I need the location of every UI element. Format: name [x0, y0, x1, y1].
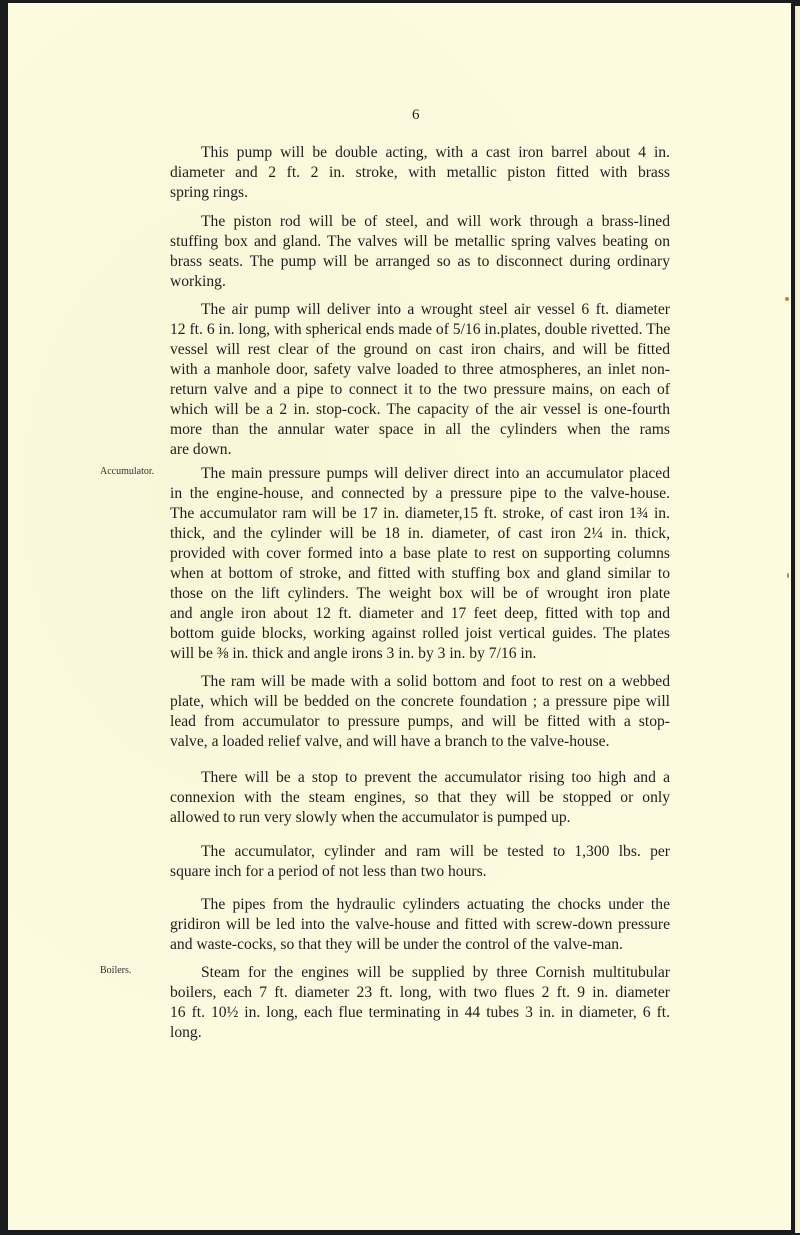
text-line: long.	[170, 1023, 670, 1043]
text-line: The air pump will deliver into a wrought…	[201, 300, 670, 320]
text-line: 16 ft. 10½ in. long, each flue terminati…	[170, 1003, 670, 1023]
text-line: This pump will be double acting, with a …	[201, 143, 670, 163]
text-line: spring rings.	[170, 183, 670, 203]
text-line: valve, a loaded relief valve, and will h…	[170, 732, 670, 752]
text-line: more than the annular water space in all…	[170, 420, 670, 440]
text-line: will be ⅜ in. thick and angle irons 3 in…	[170, 644, 670, 664]
text-line: The accumulator, cylinder and ram will b…	[201, 842, 670, 862]
text-line: boilers, each 7 ft. diameter 23 ft. long…	[170, 983, 670, 1003]
text-line: There will be a stop to prevent the accu…	[201, 768, 670, 788]
text-line: lead from accumulator to pressure pumps,…	[170, 712, 670, 732]
text-line: in the engine-house, and connected by a …	[170, 484, 670, 504]
text-line: working.	[170, 272, 670, 292]
text-line: The piston rod will be of steel, and wil…	[201, 212, 670, 232]
margin-note-boilers: Boilers.	[100, 965, 131, 976]
text-line: those on the lift cylinders. The weight …	[170, 584, 670, 604]
text-line: return valve and a pipe to connect it to…	[170, 380, 670, 400]
page-edge	[795, 6, 800, 1233]
text-line: stuffing box and gland. The valves will …	[170, 232, 670, 252]
text-line: Steam for the engines will be supplied b…	[201, 963, 670, 983]
text-line: and waste-cocks, so that they will be un…	[170, 935, 670, 955]
text-line: and angle iron about 12 ft. diameter and…	[170, 604, 670, 624]
text-line: allowed to run very slowly when the accu…	[170, 808, 670, 828]
text-line: bottom guide blocks, working against rol…	[170, 624, 670, 644]
text-line: gridiron will be led into the valve-hous…	[170, 915, 670, 935]
text-line: square inch for a period of not less tha…	[170, 862, 670, 882]
paper-speck	[787, 573, 789, 578]
text-line: which will be a 2 in. stop-cock. The cap…	[170, 400, 670, 420]
text-line: provided with cover formed into a base p…	[170, 544, 670, 564]
text-line: The ram will be made with a solid bottom…	[201, 672, 670, 692]
text-line: diameter and 2 ft. 2 in. stroke, with me…	[170, 163, 670, 183]
text-line: plate, which will be bedded on the concr…	[170, 692, 670, 712]
text-line: when at bottom of stroke, and fitted wit…	[170, 564, 670, 584]
text-line: The accumulator ram will be 17 in. diame…	[170, 504, 670, 524]
text-line: The main pressure pumps will deliver dir…	[201, 464, 670, 484]
paper-speck	[785, 297, 789, 301]
text-line: The pipes from the hydraulic cylinders a…	[201, 895, 670, 915]
text-line: brass seats. The pump will be arranged s…	[170, 252, 670, 272]
text-line: vessel will rest clear of the ground on …	[170, 340, 670, 360]
page-number: 6	[412, 107, 420, 124]
text-line: with a manhole door, safety valve loaded…	[170, 360, 670, 380]
margin-note-accumulator: Accumulator.	[100, 466, 154, 477]
text-line: 12 ft. 6 in. long, with spherical ends m…	[170, 320, 670, 340]
text-line: connexion with the steam engines, so tha…	[170, 788, 670, 808]
text-line: are down.	[170, 440, 670, 460]
text-line: thick, and the cylinder will be 18 in. d…	[170, 524, 670, 544]
